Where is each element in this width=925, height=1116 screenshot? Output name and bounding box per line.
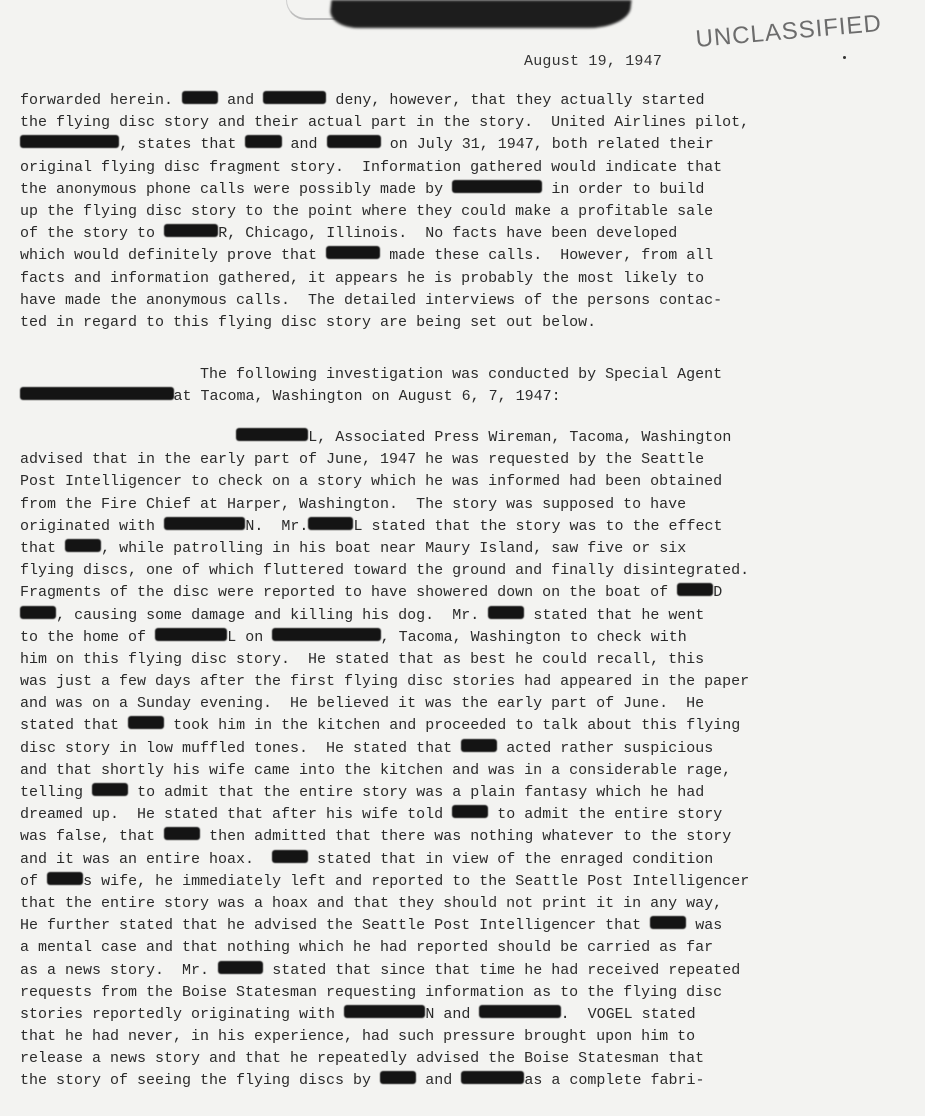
typed-text: that	[20, 540, 65, 557]
text-line: telling ▇▇▇▇ to admit that the entire st…	[20, 782, 920, 804]
text-line: which would definitely prove that ▇▇▇▇▇▇…	[20, 245, 920, 267]
typed-text: , states that	[119, 136, 245, 153]
redaction-bar: ▇▇▇▇▇▇▇▇▇▇▇	[20, 135, 119, 148]
typed-text: dreamed up. He stated that after his wif…	[20, 806, 452, 823]
text-line: of ▇▇▇▇s wife, he immediately left and r…	[20, 871, 920, 893]
redaction-bar: ▇▇▇▇▇▇▇▇▇	[344, 1005, 425, 1018]
typed-text: stated that he went	[524, 607, 704, 624]
typed-text: disc story in low muffled tones. He stat…	[20, 740, 461, 757]
typed-text: He further stated that he advised the Se…	[20, 917, 650, 934]
redaction-bar: ▇▇▇▇	[47, 872, 83, 885]
text-line: stated that ▇▇▇▇ took him in the kitchen…	[20, 715, 920, 737]
typed-text: Post Intelligencer to check on a story w…	[20, 473, 722, 490]
typed-text: him on this flying disc story. He stated…	[20, 651, 704, 668]
typed-text: was false, that	[20, 828, 164, 845]
redaction-bar: ▇▇▇▇▇▇	[164, 224, 218, 237]
text-line: disc story in low muffled tones. He stat…	[20, 738, 920, 760]
text-line: Post Intelligencer to check on a story w…	[20, 471, 920, 493]
text-line: up the flying disc story to the point wh…	[20, 201, 920, 223]
typed-text: L on	[227, 629, 272, 646]
typed-text: deny, however, that they actually starte…	[326, 92, 704, 109]
typed-text: ted in regard to this flying disc story …	[20, 314, 596, 331]
text-line: ted in regard to this flying disc story …	[20, 312, 920, 334]
redaction-bar: ▇▇▇▇	[677, 583, 713, 596]
typed-text: stated that	[20, 717, 128, 734]
paragraph-investigation-intro: The following investigation was conducte…	[20, 364, 920, 408]
text-line: and it was an entire hoax. ▇▇▇▇ stated t…	[20, 849, 920, 871]
typed-text: , causing some damage and killing his do…	[56, 607, 488, 624]
typed-text: to admit that the entire story was a pla…	[128, 784, 704, 801]
redaction-bar: ▇▇▇▇▇	[308, 517, 353, 530]
redaction-bar: ▇▇▇▇	[20, 606, 56, 619]
typed-text: N. Mr.	[245, 518, 308, 535]
text-line: dreamed up. He stated that after his wif…	[20, 804, 920, 826]
typed-text: of	[20, 873, 47, 890]
text-line: forwarded herein. ▇▇▇▇ and ▇▇▇▇▇▇▇ deny,…	[20, 90, 920, 112]
redaction-bar: ▇▇▇▇	[65, 539, 101, 552]
stamp-dot	[843, 56, 846, 59]
typed-text: the anonymous phone calls were possibly …	[20, 181, 452, 198]
typed-text: to admit the entire story	[488, 806, 722, 823]
text-line: was just a few days after the first flyi…	[20, 671, 920, 693]
typed-text: up the flying disc story to the point wh…	[20, 203, 713, 220]
redaction-bar: ▇▇▇▇	[128, 716, 164, 729]
typed-text	[20, 429, 236, 446]
redaction-bar: ▇▇▇▇▇▇▇▇▇	[164, 517, 245, 530]
typed-text: as a complete fabri-	[524, 1072, 704, 1089]
text-line: was false, that ▇▇▇▇ then admitted that …	[20, 826, 920, 848]
typed-text: stated that since that time he had recei…	[263, 962, 740, 979]
redaction-bar: ▇▇▇▇	[452, 805, 488, 818]
typed-text: . VOGEL stated	[561, 1006, 696, 1023]
typed-text: acted rather suspicious	[497, 740, 713, 757]
redaction-bar: ▇▇▇▇	[650, 916, 686, 929]
typed-text: Fragments of the disc were reported to h…	[20, 584, 677, 601]
text-line: flying discs, one of which fluttered tow…	[20, 560, 920, 582]
text-line: the flying disc story and their actual p…	[20, 112, 920, 134]
typed-text: L stated that the story was to the effec…	[353, 518, 722, 535]
typed-text: and it was an entire hoax.	[20, 851, 272, 868]
typed-text: stories reportedly originating with	[20, 1006, 344, 1023]
redaction-bar: ▇▇▇▇▇	[218, 961, 263, 974]
redaction-bar: ▇▇▇▇▇▇▇▇▇▇▇▇	[272, 628, 380, 641]
typed-text: from the Fire Chief at Harper, Washingto…	[20, 496, 686, 513]
text-line: Fragments of the disc were reported to h…	[20, 582, 920, 604]
paragraph-interview: ▇▇▇▇▇▇▇▇L, Associated Press Wireman, Tac…	[20, 427, 920, 1093]
typed-text: at Tacoma, Washington on August 6, 7, 19…	[174, 388, 561, 405]
text-line: ▇▇▇▇▇▇▇▇▇▇▇, states that ▇▇▇▇ and ▇▇▇▇▇▇…	[20, 134, 920, 156]
typed-text: which would definitely prove that	[20, 247, 326, 264]
redaction-bar: ▇▇▇▇▇▇	[326, 246, 380, 259]
text-line: original flying disc fragment story. Inf…	[20, 157, 920, 179]
typed-text: and	[218, 92, 263, 109]
typed-text: the flying disc story and their actual p…	[20, 114, 749, 131]
typed-text: that he had never, in his experience, ha…	[20, 1028, 695, 1045]
typed-text: made these calls. However, from all	[380, 247, 713, 264]
typed-text: as a news story. Mr.	[20, 962, 218, 979]
text-line: originated with ▇▇▇▇▇▇▇▇▇N. Mr.▇▇▇▇▇L st…	[20, 516, 920, 538]
typed-text: advised that in the early part of June, …	[20, 451, 704, 468]
typed-text: and	[282, 136, 327, 153]
redaction-bar: ▇▇▇▇	[488, 606, 524, 619]
typed-text: L, Associated Press Wireman, Tacoma, Was…	[308, 429, 731, 446]
redaction-bar: ▇▇▇▇	[182, 91, 218, 104]
typed-text: then admitted that there was nothing wha…	[200, 828, 731, 845]
typed-text: forwarded herein.	[20, 92, 182, 109]
text-line: release a news story and that he repeate…	[20, 1048, 920, 1070]
text-line: He further stated that he advised the Se…	[20, 915, 920, 937]
typed-text: original flying disc fragment story. Inf…	[20, 159, 722, 176]
typed-text: have made the anonymous calls. The detai…	[20, 292, 722, 309]
typed-text: requests from the Boise Statesman reques…	[20, 984, 722, 1001]
document-date: August 19, 1947	[524, 53, 662, 70]
text-line: and was on a Sunday evening. He believed…	[20, 693, 920, 715]
redaction-bar: ▇▇▇▇▇▇▇▇▇	[479, 1005, 560, 1018]
typed-text: in order to build	[542, 181, 704, 198]
classification-stamp: UNCLASSIFIED	[695, 10, 883, 54]
text-line: advised that in the early part of June, …	[20, 449, 920, 471]
typed-text: of the story to	[20, 225, 164, 242]
text-line: The following investigation was conducte…	[20, 364, 920, 386]
redaction-bar: ▇▇▇▇	[461, 739, 497, 752]
text-line: that ▇▇▇▇, while patrolling in his boat …	[20, 538, 920, 560]
typed-text: was	[686, 917, 722, 934]
redaction-blot-header	[329, 0, 632, 28]
text-line: facts and information gathered, it appea…	[20, 268, 920, 290]
redaction-bar: ▇▇▇▇▇▇▇▇	[236, 428, 308, 441]
text-line: stories reportedly originating with ▇▇▇▇…	[20, 1004, 920, 1026]
redaction-bar: ▇▇▇▇▇▇▇▇▇▇▇▇▇▇▇▇▇	[20, 387, 174, 400]
text-line: as a news story. Mr. ▇▇▇▇▇ stated that s…	[20, 960, 920, 982]
typed-text: facts and information gathered, it appea…	[20, 270, 704, 287]
typed-text: and	[416, 1072, 461, 1089]
typed-text: was just a few days after the first flyi…	[20, 673, 749, 690]
text-line: and that shortly his wife came into the …	[20, 760, 920, 782]
typed-text: and was on a Sunday evening. He believed…	[20, 695, 704, 712]
typed-text: D	[713, 584, 722, 601]
typed-text: , Tacoma, Washington to check with	[381, 629, 687, 646]
text-line: ▇▇▇▇▇▇▇▇▇▇▇▇▇▇▇▇▇at Tacoma, Washington o…	[20, 386, 920, 408]
redaction-bar: ▇▇▇▇	[380, 1071, 416, 1084]
text-line: from the Fire Chief at Harper, Washingto…	[20, 494, 920, 516]
typed-text: s wife, he immediately left and reported…	[83, 873, 749, 890]
typed-text: that the entire story was a hoax and tha…	[20, 895, 722, 912]
text-line: of the story to ▇▇▇▇▇▇R, Chicago, Illino…	[20, 223, 920, 245]
redaction-bar: ▇▇▇▇▇▇▇▇	[155, 628, 227, 641]
text-line: requests from the Boise Statesman reques…	[20, 982, 920, 1004]
typed-text: telling	[20, 784, 92, 801]
text-line: the story of seeing the flying discs by …	[20, 1070, 920, 1092]
redaction-bar: ▇▇▇▇▇▇▇	[461, 1071, 524, 1084]
typed-text: The following investigation was conducte…	[20, 366, 722, 383]
redaction-bar: ▇▇▇▇▇▇▇	[263, 91, 326, 104]
typed-text: release a news story and that he repeate…	[20, 1050, 704, 1067]
text-line: that the entire story was a hoax and tha…	[20, 893, 920, 915]
text-line: that he had never, in his experience, ha…	[20, 1026, 920, 1048]
typed-text: R, Chicago, Illinois. No facts have been…	[218, 225, 677, 242]
typed-text: took him in the kitchen and proceeded to…	[164, 717, 740, 734]
typed-text: to the home of	[20, 629, 155, 646]
typed-text: stated that in view of the enraged condi…	[308, 851, 713, 868]
redaction-bar: ▇▇▇▇	[272, 850, 308, 863]
typed-text: flying discs, one of which fluttered tow…	[20, 562, 749, 579]
typed-text: the story of seeing the flying discs by	[20, 1072, 380, 1089]
typed-text: and that shortly his wife came into the …	[20, 762, 731, 779]
typed-text: a mental case and that nothing which he …	[20, 939, 713, 956]
redaction-bar: ▇▇▇▇	[164, 827, 200, 840]
typed-text: originated with	[20, 518, 164, 535]
typed-text: , while patrolling in his boat near Maur…	[101, 540, 686, 557]
text-line: him on this flying disc story. He stated…	[20, 649, 920, 671]
text-line: have made the anonymous calls. The detai…	[20, 290, 920, 312]
typed-text: N and	[425, 1006, 479, 1023]
text-line: the anonymous phone calls were possibly …	[20, 179, 920, 201]
redaction-bar: ▇▇▇▇▇▇	[327, 135, 381, 148]
paragraph-summary: forwarded herein. ▇▇▇▇ and ▇▇▇▇▇▇▇ deny,…	[20, 90, 920, 334]
typed-text: on July 31, 1947, both related their	[381, 136, 714, 153]
redaction-bar: ▇▇▇▇	[92, 783, 128, 796]
redaction-bar: ▇▇▇▇	[245, 135, 281, 148]
text-line: a mental case and that nothing which he …	[20, 937, 920, 959]
redaction-bar: ▇▇▇▇▇▇▇▇▇▇	[452, 180, 542, 193]
text-line: ▇▇▇▇, causing some damage and killing hi…	[20, 605, 920, 627]
text-line: ▇▇▇▇▇▇▇▇L, Associated Press Wireman, Tac…	[20, 427, 920, 449]
text-line: to the home of ▇▇▇▇▇▇▇▇L on ▇▇▇▇▇▇▇▇▇▇▇▇…	[20, 627, 920, 649]
